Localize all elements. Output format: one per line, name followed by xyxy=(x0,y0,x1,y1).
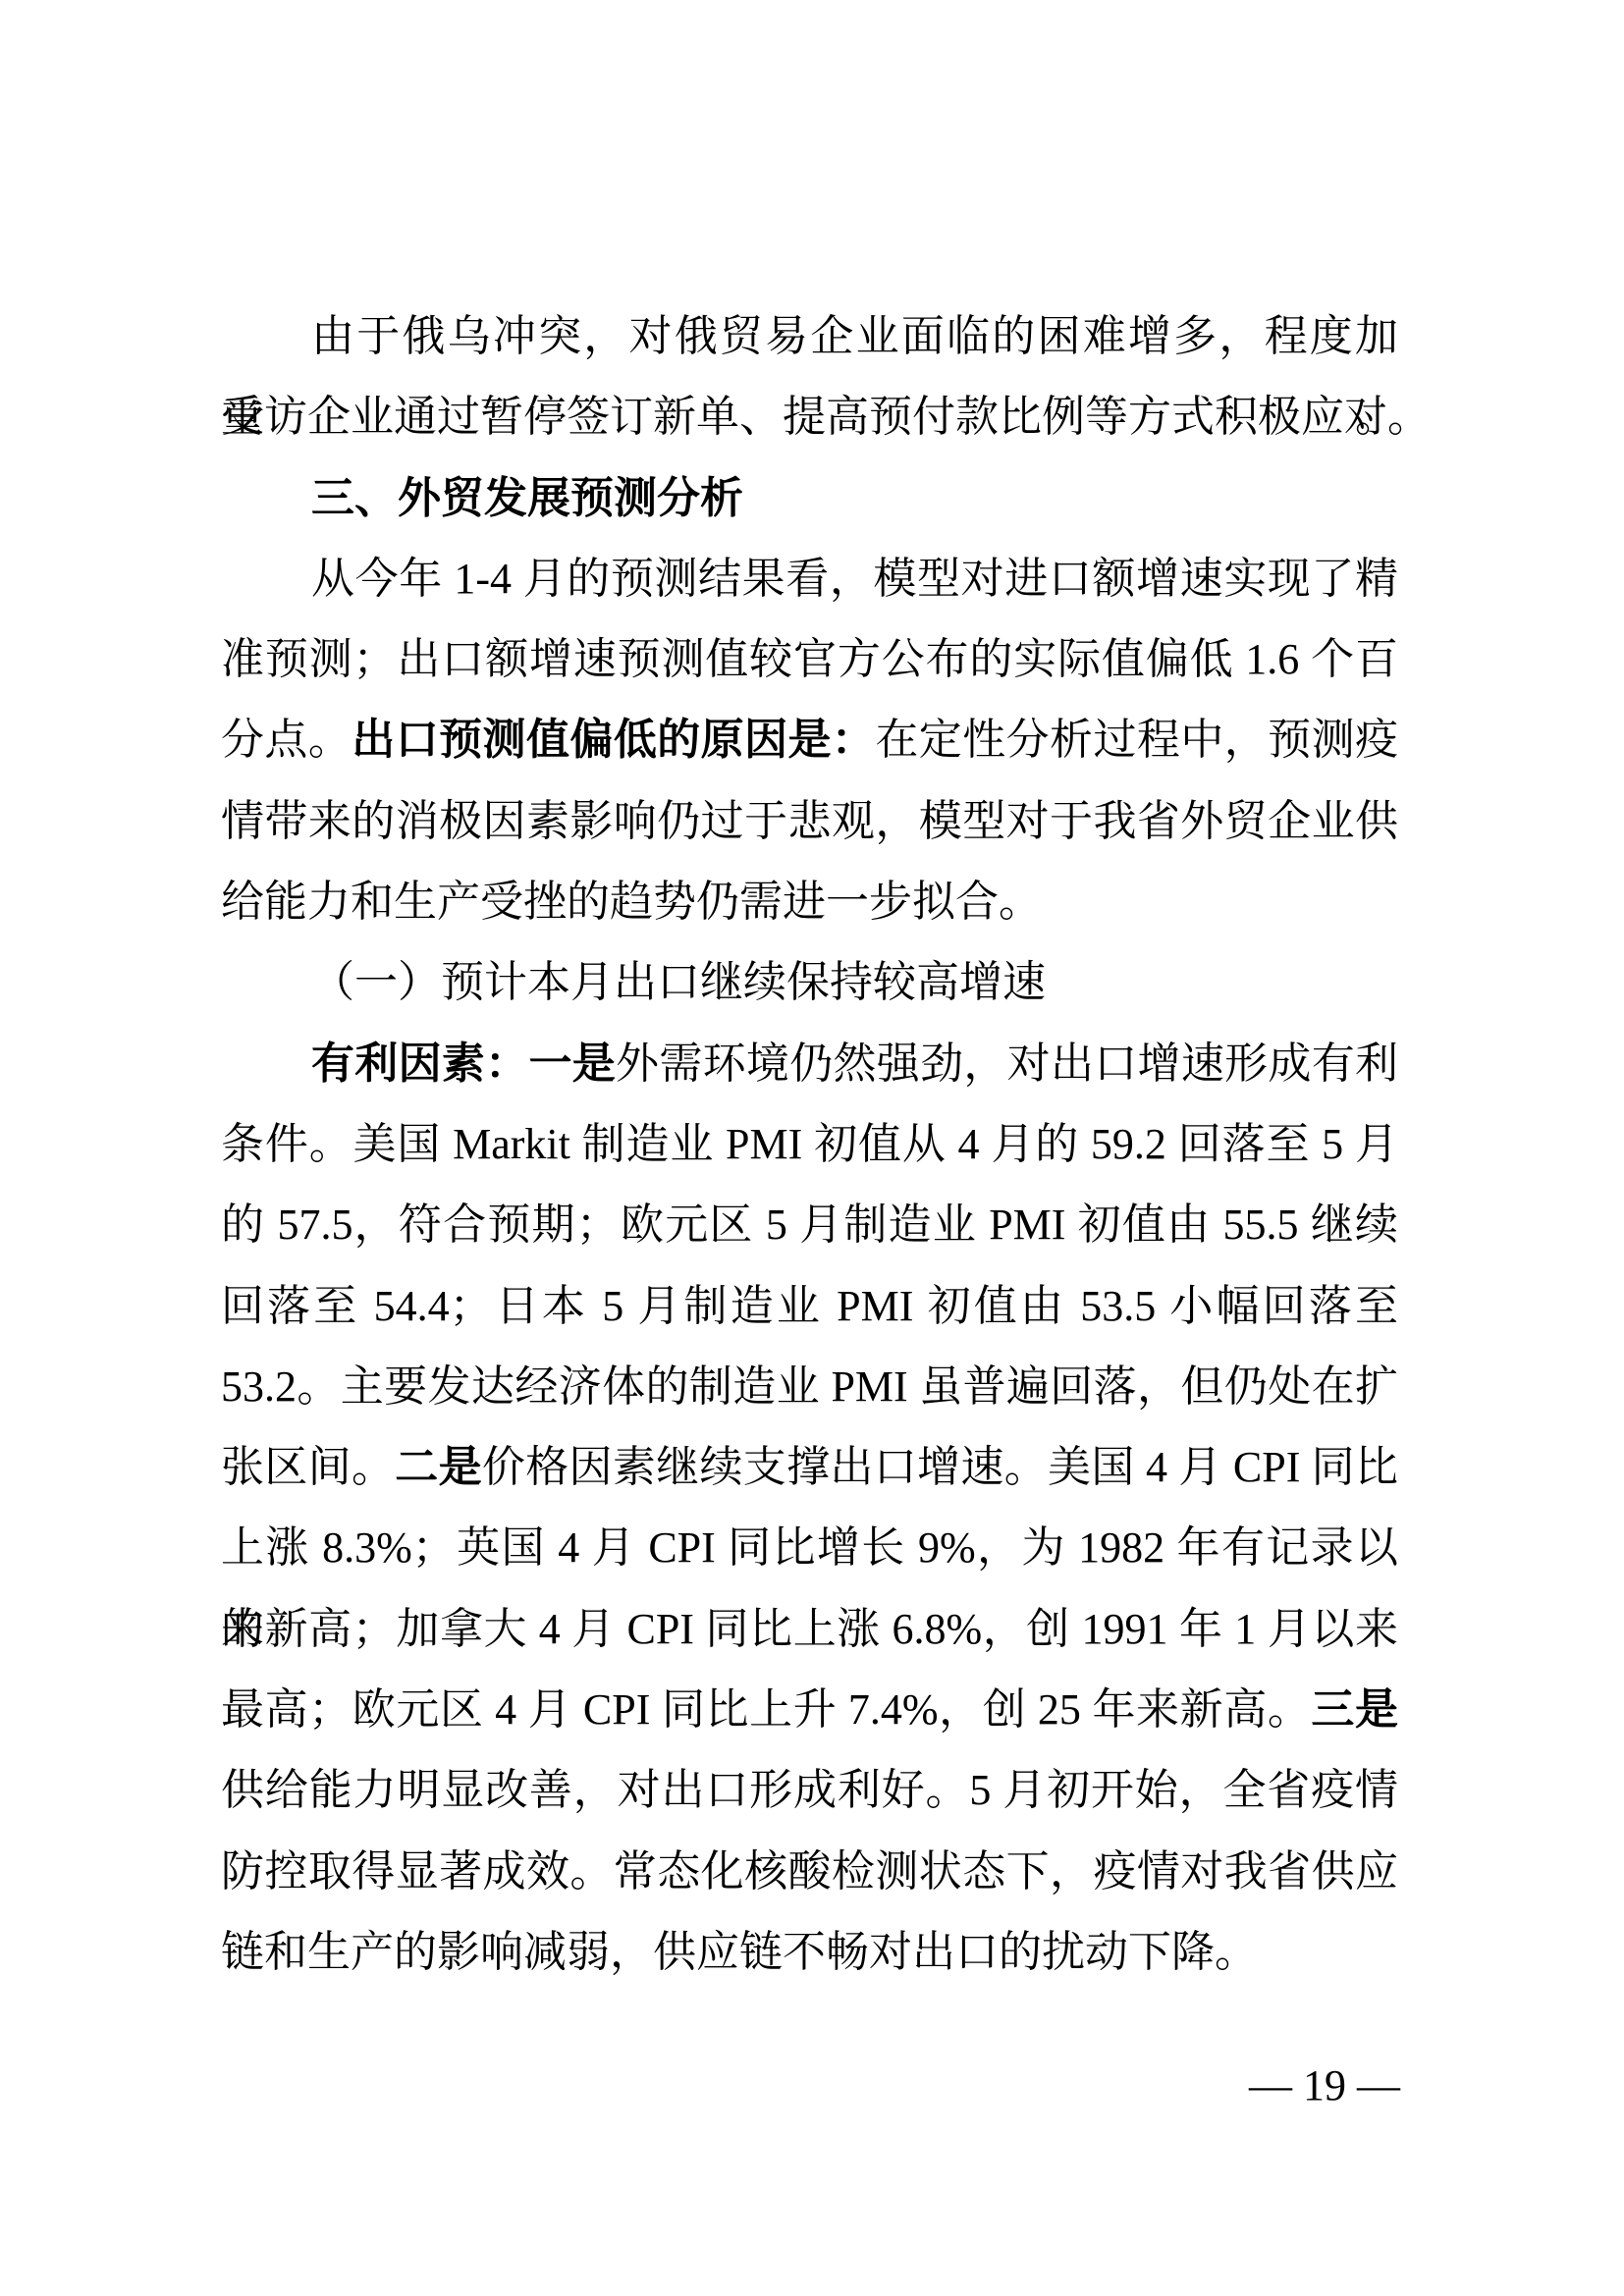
paragraph-line: 条件。美国 Markit 制造业 PMI 初值从 4 月的 59.2 回落至 5… xyxy=(221,1104,1398,1185)
page-number: — 19 — xyxy=(1249,2061,1400,2110)
text-segment: 给能力和生产受挫的趋势仍需进一步拟合。 xyxy=(221,878,1042,926)
text-segment: 供给能力明显改善，对出口形成利好。5 月初开始，全省疫情 xyxy=(221,1766,1398,1814)
text-segment: 回落至 54.4；日本 5 月制造业 PMI 初值由 53.5 小幅回落至 xyxy=(221,1282,1398,1330)
document-body: 由于俄乌冲突，对俄贸易企业面临的困难增多，程度加重。受访企业通过暂停签订新单、提… xyxy=(221,296,1398,1993)
paragraph-line: 分点。出口预测值偏低的原因是：在定性分析过程中，预测疫 xyxy=(221,700,1398,780)
text-segment: 准预测；出口额增速预测值较官方公布的实际值偏低 1.6 个百 xyxy=(221,635,1398,683)
bold-text-segment: 三、外贸发展预测分析 xyxy=(311,474,743,522)
text-segment: 防控取得显著成效。常态化核酸检测状态下，疫情对我省供应 xyxy=(221,1847,1398,1896)
paragraph-line: 53.2。主要发达经济体的制造业 PMI 虽普遍回落，但仍处在扩 xyxy=(221,1347,1398,1427)
subsection-heading: （一）预计本月出口继续保持较高增速 xyxy=(221,942,1398,1023)
text-segment: 外需环境仍然强劲，对出口增速形成有利 xyxy=(616,1040,1398,1088)
text-segment: 在定性分析过程中，预测疫 xyxy=(875,716,1398,764)
paragraph-line: 的新高；加拿大 4 月 CPI 同比上涨 6.8%，创 1991 年 1 月以来 xyxy=(221,1589,1398,1670)
text-segment: 最高；欧元区 4 月 CPI 同比上升 7.4%，创 25 年来新高。 xyxy=(221,1685,1311,1734)
paragraph-line: 受访企业通过暂停签订新单、提高预付款比例等方式积极应对。 xyxy=(221,377,1398,457)
text-segment: 受访企业通过暂停签订新单、提高预付款比例等方式积极应对。 xyxy=(221,393,1431,441)
text-segment: 从今年 1-4 月的预测结果看，模型对进口额增速实现了精 xyxy=(311,555,1398,603)
paragraph-line: 由于俄乌冲突，对俄贸易企业面临的困难增多，程度加重。 xyxy=(221,296,1398,377)
bold-text-segment: 三是 xyxy=(1311,1685,1398,1734)
text-segment: 张区间。 xyxy=(221,1443,395,1491)
paragraph-line: 链和生产的影响减弱，供应链不畅对出口的扰动下降。 xyxy=(221,1912,1398,1993)
document-page: 由于俄乌冲突，对俄贸易企业面临的困难增多，程度加重。受访企业通过暂停签订新单、提… xyxy=(0,0,1624,2296)
paragraph-line: 的 57.5，符合预期；欧元区 5 月制造业 PMI 初值由 55.5 继续 xyxy=(221,1185,1398,1265)
paragraph-line: 上涨 8.3%；英国 4 月 CPI 同比增长 9%，为 1982 年有记录以来 xyxy=(221,1508,1398,1588)
paragraph-line: 张区间。二是价格因素继续支撑出口增速。美国 4 月 CPI 同比 xyxy=(221,1427,1398,1508)
paragraph-line: 准预测；出口额增速预测值较官方公布的实际值偏低 1.6 个百 xyxy=(221,619,1398,700)
text-segment: 情带来的消极因素影响仍过于悲观，模型对于我省外贸企业供 xyxy=(221,797,1398,845)
paragraph-line: 回落至 54.4；日本 5 月制造业 PMI 初值由 53.5 小幅回落至 xyxy=(221,1266,1398,1347)
text-segment: 的 57.5，符合预期；欧元区 5 月制造业 PMI 初值由 55.5 继续 xyxy=(221,1201,1398,1249)
text-segment: （一）预计本月出口继续保持较高增速 xyxy=(311,958,1046,1006)
bold-text-segment: 二是 xyxy=(395,1443,482,1491)
text-segment: 价格因素继续支撑出口增速。美国 4 月 CPI 同比 xyxy=(482,1443,1398,1491)
paragraph-line: 给能力和生产受挫的趋势仍需进一步拟合。 xyxy=(221,862,1398,942)
text-segment: 分点。 xyxy=(221,716,352,764)
paragraph-line: 有利因素：一是外需环境仍然强劲，对出口增速形成有利 xyxy=(221,1024,1398,1104)
bold-text-segment: 出口预测值偏低的原因是： xyxy=(352,716,875,764)
paragraph-line: 防控取得显著成效。常态化核酸检测状态下，疫情对我省供应 xyxy=(221,1832,1398,1912)
paragraph-line: 最高；欧元区 4 月 CPI 同比上升 7.4%，创 25 年来新高。三是 xyxy=(221,1670,1398,1750)
bold-text-segment: 有利因素：一是 xyxy=(311,1040,616,1088)
paragraph-line: 情带来的消极因素影响仍过于悲观，模型对于我省外贸企业供 xyxy=(221,781,1398,862)
section-heading: 三、外贸发展预测分析 xyxy=(221,458,1398,539)
paragraph-line: 从今年 1-4 月的预测结果看，模型对进口额增速实现了精 xyxy=(221,539,1398,619)
text-segment: 53.2。主要发达经济体的制造业 PMI 虽普遍回落，但仍处在扩 xyxy=(221,1362,1398,1411)
text-segment: 链和生产的影响减弱，供应链不畅对出口的扰动下降。 xyxy=(221,1928,1258,1976)
text-segment: 的新高；加拿大 4 月 CPI 同比上涨 6.8%，创 1991 年 1 月以来 xyxy=(221,1605,1398,1653)
paragraph-line: 供给能力明显改善，对出口形成利好。5 月初开始，全省疫情 xyxy=(221,1750,1398,1831)
text-segment: 条件。美国 Markit 制造业 PMI 初值从 4 月的 59.2 回落至 5… xyxy=(221,1120,1398,1168)
